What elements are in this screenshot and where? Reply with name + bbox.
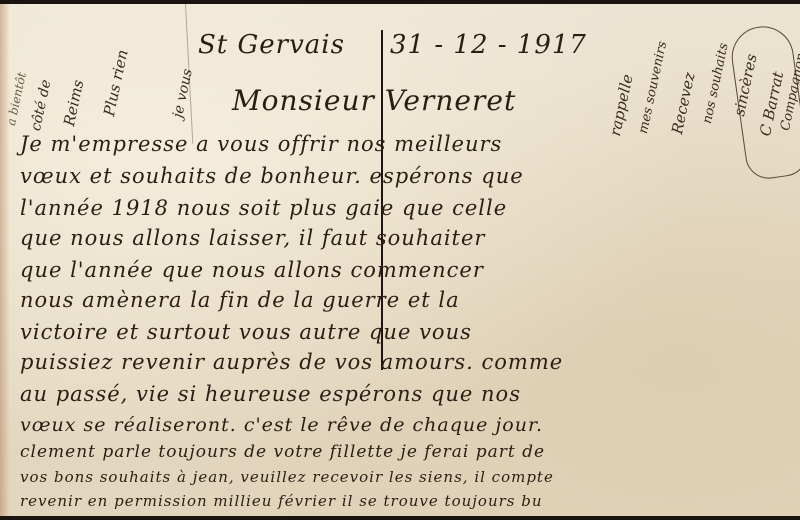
margin-note-nos-souhaits: nos souhaits	[700, 42, 732, 125]
margin-note-a-bientot: a bientôt	[4, 71, 29, 127]
body-line-9: au passé, vie si heureuse espérons que n…	[20, 382, 521, 406]
body-line-3: l'année 1918 nous soit plus gaie que cel…	[20, 196, 507, 220]
margin-note-cote-de: côté de	[28, 78, 54, 132]
body-line-12: vos bons souhaits à jean, veuillez recev…	[20, 468, 554, 486]
body-line-5: que l'année que nous allons commencer	[20, 258, 484, 282]
salutation: Monsieur Verneret	[232, 84, 516, 117]
margin-note-je-vous: je vous	[170, 67, 196, 119]
margin-note-recevez: Recevez	[668, 71, 699, 136]
body-line-11: clement parle toujours de votre fillette…	[20, 442, 545, 462]
body-line-7: victoire et surtout vous autre que vous	[20, 320, 472, 344]
body-line-13: revenir en permission millieu février il…	[20, 492, 543, 510]
margin-note-mes-souvenirs: mes souvenirs	[636, 40, 670, 135]
date: 31 - 12 - 1917	[390, 30, 587, 60]
body-line-2: vœux et souhaits de bonheur. espérons qu…	[20, 164, 524, 188]
body-line-4: que nous allons laisser, il faut souhait…	[20, 226, 485, 250]
margin-note-rappelle: rappelle	[606, 73, 637, 138]
body-line-6: nous amènera la fin de la guerre et la	[20, 288, 460, 312]
margin-note-reims: Reims	[60, 78, 87, 128]
postcard: a bientôt côté de Reims Plus rien je vou…	[0, 4, 800, 516]
body-line-1: Je m'empresse a vous offrir nos meilleur…	[20, 132, 502, 156]
body-line-10: vœux se réaliseront. c'est le rêve de ch…	[20, 414, 543, 436]
margin-note-plus-rien: Plus rien	[100, 48, 132, 118]
place-name: St Gervais	[198, 30, 345, 60]
body-line-8: puissiez revenir auprès de vos amours. c…	[20, 350, 563, 374]
